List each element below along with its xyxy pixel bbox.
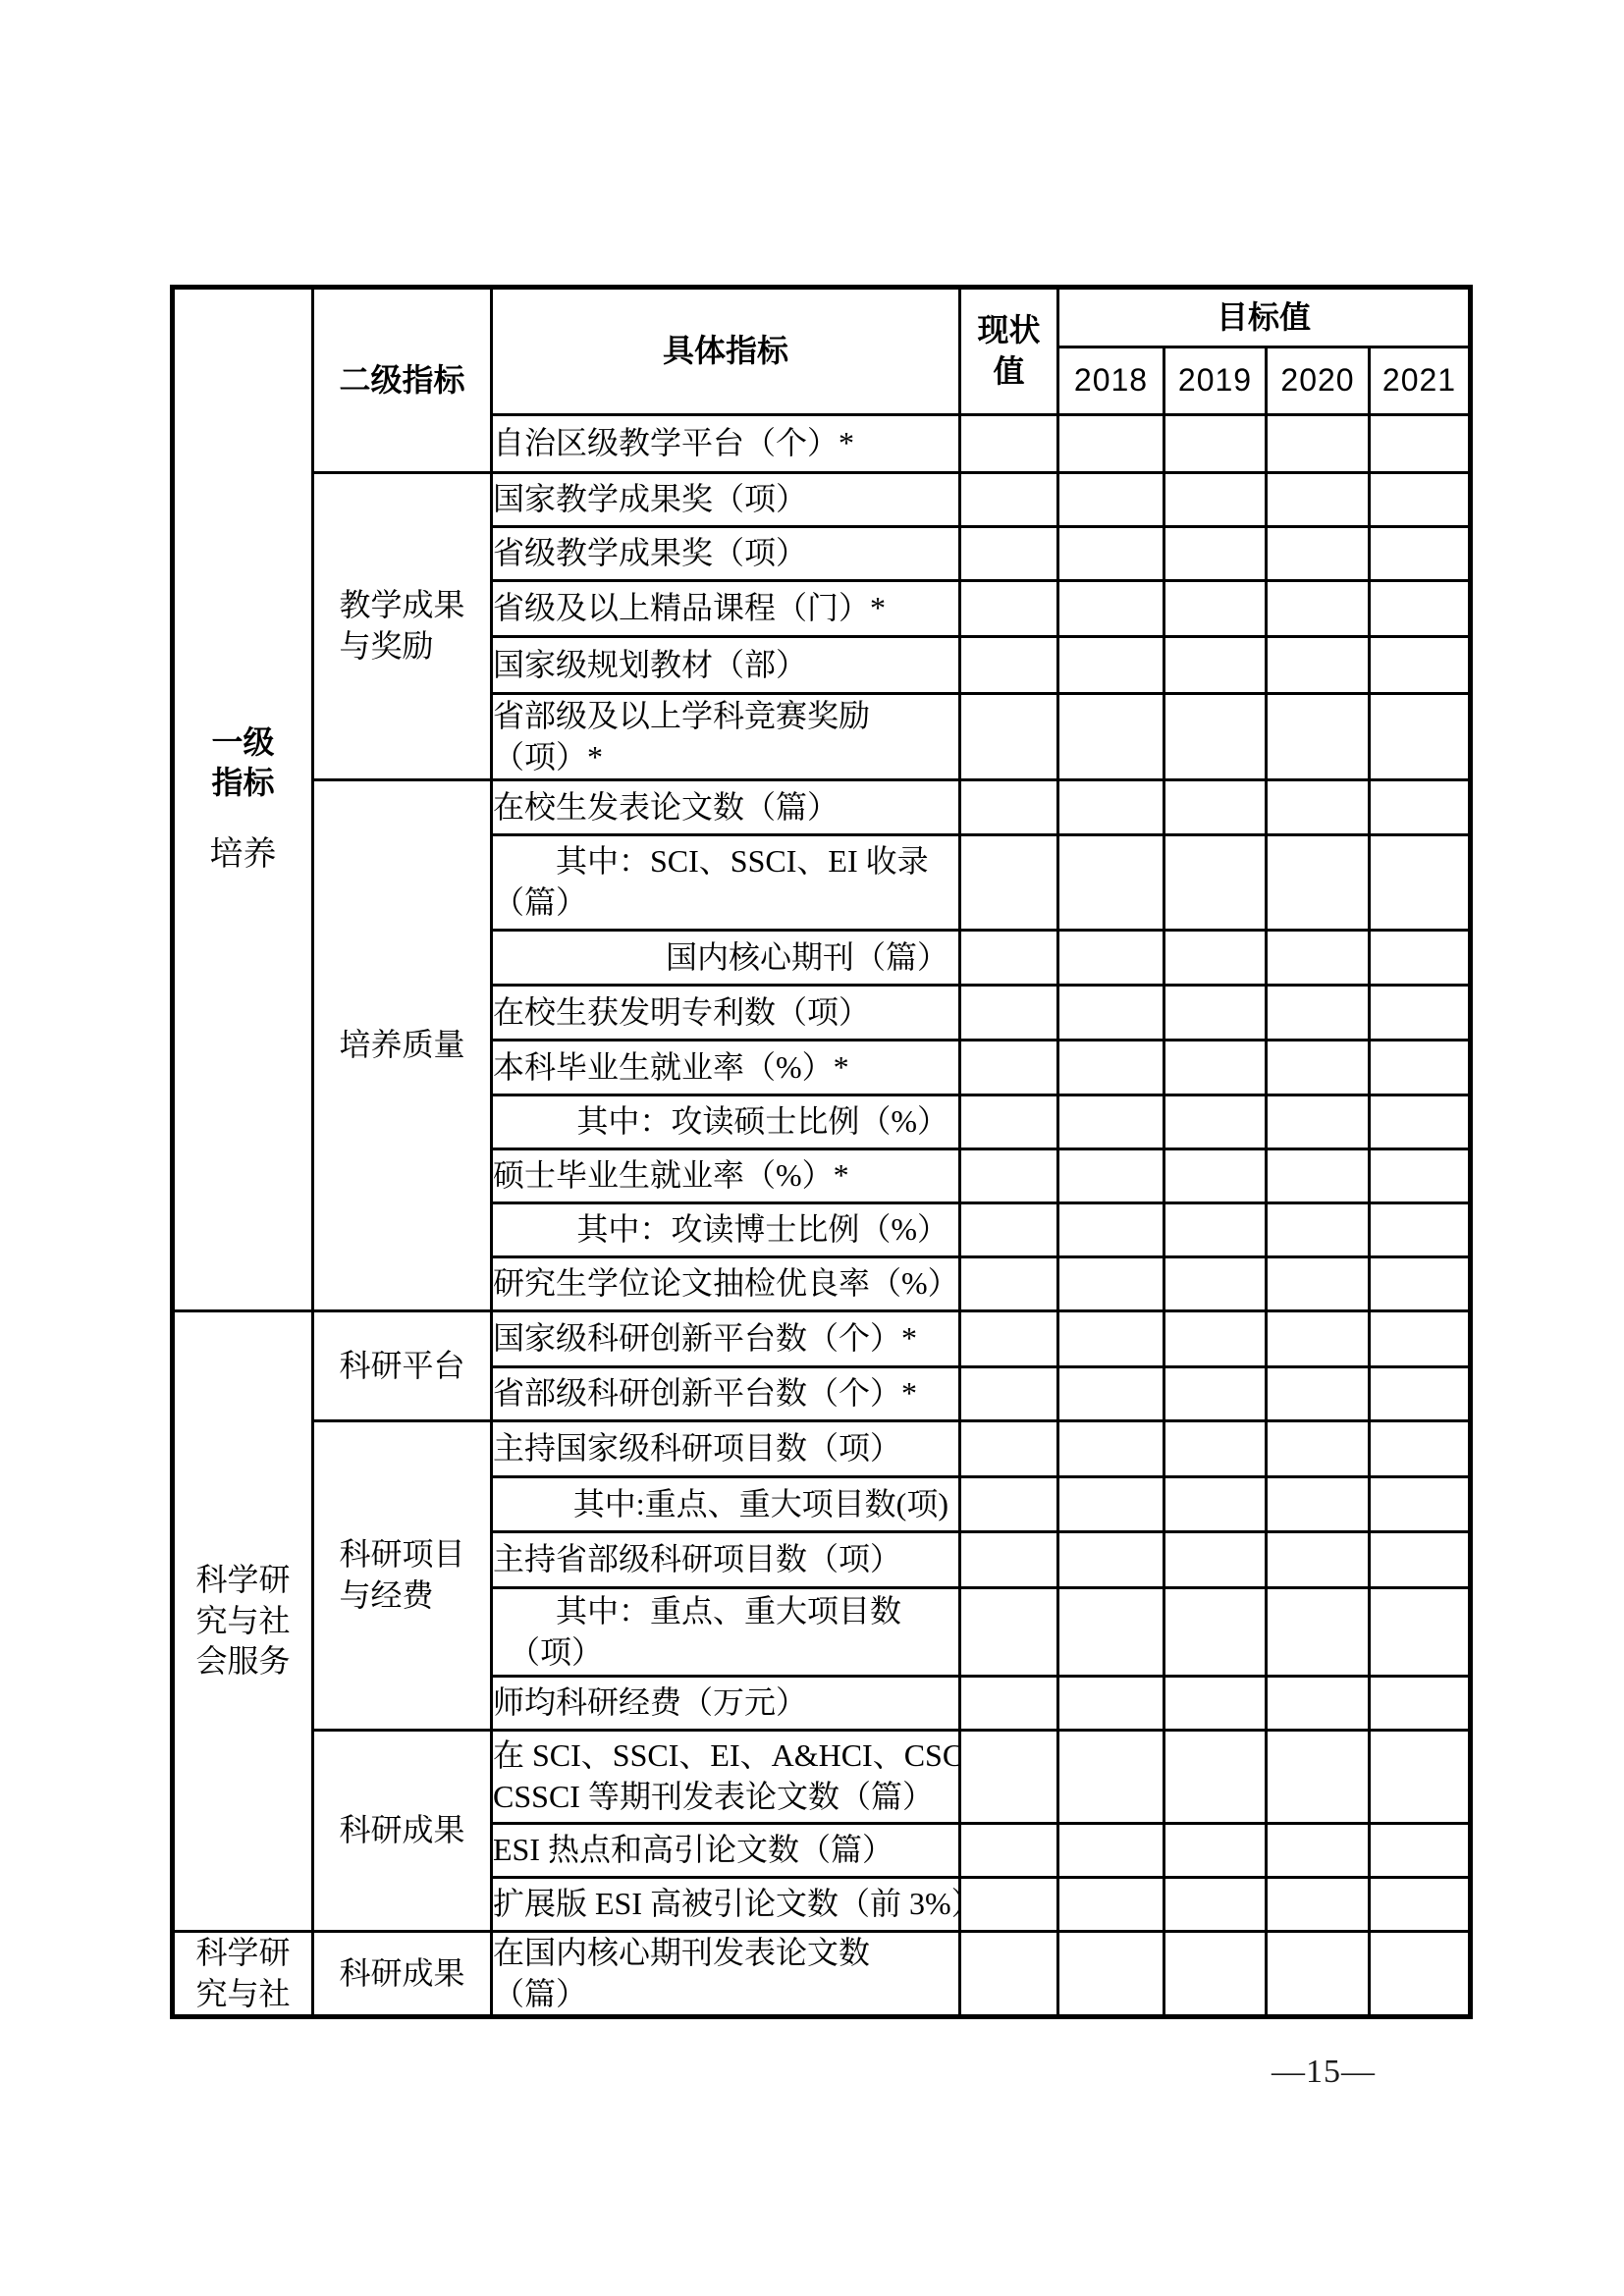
current-value-cell	[960, 1311, 1058, 1367]
current-value-cell	[960, 1041, 1058, 1095]
target-value-cell	[1370, 415, 1471, 473]
indicator-cell-line: 主持国家级科研项目数（项）	[493, 1428, 958, 1469]
target-value-cell	[1058, 1477, 1164, 1532]
target-value-cell	[1267, 637, 1370, 694]
level1-group-text: 科学研究与社会服务	[195, 1560, 290, 1682]
indicator-cell-line: 国内核心期刊（篇）	[493, 937, 948, 979]
target-value-cell	[1164, 1041, 1267, 1095]
specific-header-cell-line: 具体指标	[493, 331, 958, 372]
target-value-cell	[1058, 1203, 1164, 1257]
target-value-cell	[1267, 694, 1370, 780]
level2-header-cell-line: 二级指标	[314, 360, 490, 401]
indicator-cell-line: （篇）	[493, 882, 958, 924]
year-header-2021: 2021	[1370, 347, 1471, 415]
target-value-cell	[1058, 835, 1164, 931]
indicator-cell-line: CSSCI 等期刊发表论文数（篇）	[493, 1777, 958, 1818]
indicator-cell: 省部级科研创新平台数（个）*	[492, 1367, 960, 1421]
indicator-cell-line: 省部级科研创新平台数（个）*	[493, 1373, 958, 1415]
target-value-cell	[1267, 473, 1370, 527]
indicator-cell: 其中：攻读博士比例（%）	[492, 1203, 960, 1257]
target-value-cell	[1058, 1932, 1164, 2017]
year-header-2020: 2020	[1267, 347, 1370, 415]
target-value-cell	[1370, 694, 1471, 780]
target-value-cell	[1267, 1824, 1370, 1878]
target-value-cell	[1267, 931, 1370, 986]
target-value-cell	[1370, 637, 1471, 694]
indicator-cell: ESI 热点和高引论文数（篇）	[492, 1824, 960, 1878]
target-value-cell	[1267, 1878, 1370, 1932]
target-value-cell	[1058, 637, 1164, 694]
indicator-cell: 主持国家级科研项目数（项）	[492, 1421, 960, 1477]
target-value-cell	[1370, 835, 1471, 931]
current-value-cell	[960, 473, 1058, 527]
target-value-cell	[1370, 1932, 1471, 2017]
level2-group-line: 科研平台	[339, 1346, 464, 1387]
indicator-cell: 在 SCI、SSCI、EI、A&HCI、CSCD、CSSCI 等期刊发表论文数（…	[492, 1731, 960, 1824]
target-value-cell	[1164, 931, 1267, 986]
target-value-cell	[1370, 581, 1471, 637]
target-value-header-cell-line: 目标值	[1059, 297, 1468, 339]
level2-group-line: 培养质量	[339, 1025, 464, 1066]
level1-group-text: 科学研究与社	[195, 1933, 290, 2014]
indicator-cell-line: （项）*	[493, 737, 958, 778]
indicator-cell-line: 省级及以上精品课程（门）*	[493, 588, 958, 629]
target-value-cell	[1267, 986, 1370, 1041]
target-value-cell	[1267, 1095, 1370, 1149]
target-value-cell	[1267, 1477, 1370, 1532]
current-value-cell	[960, 694, 1058, 780]
target-value-cell	[1267, 1588, 1370, 1677]
target-value-cell	[1267, 1311, 1370, 1367]
level2-group-text: 科研成果	[339, 1953, 464, 1995]
current-value-cell	[960, 1477, 1058, 1532]
level2-header-cell: 二级指标	[313, 288, 492, 473]
target-value-cell	[1267, 1367, 1370, 1421]
current-value-cell	[960, 1257, 1058, 1311]
target-value-cell	[1164, 473, 1267, 527]
year-header-2018: 2018	[1058, 347, 1164, 415]
level2-group-cell: 科研成果	[313, 1932, 492, 2017]
page-number: —15—	[1272, 2054, 1448, 2091]
indicator-cell: 在校生发表论文数（篇）	[492, 780, 960, 835]
indicator-cell: 自治区级教学平台（个）*	[492, 415, 960, 473]
indicator-cell: 师均科研经费（万元）	[492, 1677, 960, 1731]
target-value-cell	[1370, 473, 1471, 527]
target-value-cell	[1164, 780, 1267, 835]
target-value-cell	[1058, 1878, 1164, 1932]
target-value-cell	[1058, 1041, 1164, 1095]
target-value-cell	[1164, 1588, 1267, 1677]
indicator-cell-line: 省级教学成果奖（项）	[493, 533, 958, 574]
level2-group-line: 教学成果	[339, 585, 464, 626]
specific-header-cell: 具体指标	[492, 288, 960, 415]
target-value-cell	[1267, 527, 1370, 581]
target-value-cell	[1058, 986, 1164, 1041]
level2-group-cell: 科研项目与经费	[313, 1421, 492, 1731]
level2-group-cell: 培养质量	[313, 780, 492, 1311]
target-value-cell	[1164, 986, 1267, 1041]
indicator-cell-line: 省部级及以上学科竞赛奖励	[493, 696, 958, 737]
target-value-cell	[1267, 835, 1370, 931]
target-value-cell	[1164, 694, 1267, 780]
target-value-cell	[1164, 1677, 1267, 1731]
level2-group-line: 与经费	[339, 1575, 464, 1617]
level1-header-cell-line: 指标	[175, 763, 311, 804]
target-value-cell	[1058, 1367, 1164, 1421]
target-value-cell	[1370, 1824, 1471, 1878]
indicator-cell: 研究生学位论文抽检优良率（%）	[492, 1257, 960, 1311]
target-value-cell	[1370, 1041, 1471, 1095]
target-value-cell	[1058, 780, 1164, 835]
target-value-cell	[1058, 1588, 1164, 1677]
target-value-cell	[1058, 1095, 1164, 1149]
level2-group-text: 科研项目与经费	[339, 1534, 464, 1616]
indicators-table: 一级指标培养二级指标具体指标现状值目标值2018201920202021自治区级…	[170, 285, 1473, 2019]
indicator-cell: 国家教学成果奖（项）	[492, 473, 960, 527]
target-value-cell	[1164, 415, 1267, 473]
indicator-cell: 扩展版 ESI 高被引论文数（前 3%）	[492, 1878, 960, 1932]
target-value-cell	[1164, 1477, 1267, 1532]
target-value-cell	[1164, 1095, 1267, 1149]
indicator-cell: 主持省部级科研项目数（项）	[492, 1532, 960, 1588]
current-value-header-cell-line: 值	[961, 351, 1056, 393]
indicator-cell-line: 在 SCI、SSCI、EI、A&HCI、CSCD、	[493, 1735, 958, 1777]
target-value-cell	[1164, 581, 1267, 637]
current-value-cell	[960, 1203, 1058, 1257]
target-value-cell	[1370, 1532, 1471, 1588]
target-value-cell	[1058, 1149, 1164, 1203]
current-value-cell	[960, 1149, 1058, 1203]
indicator-cell-line: 硕士毕业生就业率（%）*	[493, 1155, 958, 1197]
target-value-cell	[1058, 1421, 1164, 1477]
indicator-cell-line: 国家级规划教材（部）	[493, 645, 958, 686]
current-value-cell	[960, 986, 1058, 1041]
indicator-cell: 省部级及以上学科竞赛奖励（项）*	[492, 694, 960, 780]
target-value-cell	[1164, 1824, 1267, 1878]
indicator-cell-line: 其中:重点、重大项目数(项)	[493, 1484, 948, 1525]
target-value-cell	[1164, 637, 1267, 694]
target-value-cell	[1267, 581, 1370, 637]
target-value-cell	[1058, 1532, 1164, 1588]
current-value-cell	[960, 637, 1058, 694]
target-value-cell	[1164, 1257, 1267, 1311]
level2-group-text: 科研成果	[339, 1810, 464, 1851]
target-value-cell	[1058, 1311, 1164, 1367]
target-value-cell	[1164, 1311, 1267, 1367]
target-value-cell	[1370, 986, 1471, 1041]
target-value-cell	[1058, 1257, 1164, 1311]
current-value-cell	[960, 931, 1058, 986]
current-value-cell	[960, 1421, 1058, 1477]
target-value-cell	[1058, 694, 1164, 780]
target-value-cell	[1370, 1677, 1471, 1731]
target-value-cell	[1164, 1421, 1267, 1477]
target-value-cell	[1164, 1878, 1267, 1932]
current-value-cell	[960, 1824, 1058, 1878]
indicator-cell: 国家级规划教材（部）	[492, 637, 960, 694]
indicator-cell-line: 其中：攻读硕士比例（%）	[493, 1101, 948, 1143]
indicator-cell: 其中：SCI、SSCI、EI 收录（篇）	[492, 835, 960, 931]
current-value-cell	[960, 1731, 1058, 1824]
target-value-cell	[1267, 1421, 1370, 1477]
indicator-cell-line: 扩展版 ESI 高被引论文数（前 3%）	[493, 1884, 958, 1925]
document-page: 一级指标培养二级指标具体指标现状值目标值2018201920202021自治区级…	[0, 0, 1624, 2296]
level2-group-cell: 教学成果与奖励	[313, 473, 492, 780]
level2-group-line: 与奖励	[339, 626, 464, 667]
indicator-cell: 在国内核心期刊发表论文数 （篇）	[492, 1932, 960, 2017]
target-value-cell	[1058, 527, 1164, 581]
level1-group-line: 科学研	[195, 1933, 290, 1974]
target-value-cell	[1164, 527, 1267, 581]
level1-header-cell-line: 一级	[175, 722, 311, 764]
current-value-header-cell: 现状值	[960, 288, 1058, 415]
target-value-cell	[1164, 1203, 1267, 1257]
indicator-cell: 其中：攻读硕士比例（%）	[492, 1095, 960, 1149]
indicator-cell: 本科毕业生就业率（%）*	[492, 1041, 960, 1095]
indicator-cell-line: 自治区级教学平台（个）*	[493, 423, 958, 464]
target-value-cell	[1370, 1203, 1471, 1257]
indicator-cell: 国家级科研创新平台数（个）*	[492, 1311, 960, 1367]
target-value-cell	[1267, 1203, 1370, 1257]
level1-group-cell: 科学研究与社会服务	[173, 1311, 313, 1932]
current-value-cell	[960, 780, 1058, 835]
target-value-cell	[1370, 1257, 1471, 1311]
target-value-cell	[1164, 1932, 1267, 2017]
indicator-cell: 省级教学成果奖（项）	[492, 527, 960, 581]
current-value-cell	[960, 1588, 1058, 1677]
target-value-cell	[1267, 1731, 1370, 1824]
current-value-cell	[960, 527, 1058, 581]
current-value-header-cell-line: 现状	[961, 310, 1056, 351]
target-value-cell	[1164, 1731, 1267, 1824]
target-value-cell	[1058, 581, 1164, 637]
indicator-cell-line: （篇）	[493, 1974, 958, 2015]
target-value-cell	[1370, 931, 1471, 986]
level1-header-cell: 一级指标培养	[173, 288, 313, 1311]
indicator-cell-line: 其中：攻读博士比例（%）	[493, 1209, 948, 1251]
target-value-cell	[1370, 1477, 1471, 1532]
indicator-cell-line: 师均科研经费（万元）	[493, 1682, 958, 1724]
target-value-cell	[1370, 1588, 1471, 1677]
indicator-cell: 省级及以上精品课程（门）*	[492, 581, 960, 637]
current-value-cell	[960, 1878, 1058, 1932]
target-value-cell	[1267, 1257, 1370, 1311]
current-value-cell	[960, 1932, 1058, 2017]
target-value-cell	[1164, 1532, 1267, 1588]
indicator-cell-line: 其中：SCI、SSCI、EI 收录	[493, 841, 958, 882]
level2-group-line: 科研项目	[339, 1534, 464, 1575]
level2-group-cell: 科研成果	[313, 1731, 492, 1932]
indicator-cell-line: 研究生学位论文抽检优良率（%）	[493, 1263, 958, 1305]
current-value-cell	[960, 581, 1058, 637]
target-value-cell	[1267, 1041, 1370, 1095]
target-value-cell	[1058, 1731, 1164, 1824]
indicator-cell-line: 在国内核心期刊发表论文数	[493, 1933, 958, 1974]
target-value-cell	[1267, 1149, 1370, 1203]
indicator-cell-line: 其中：重点、重大项目数	[493, 1591, 958, 1632]
level1-group-line: 会服务	[195, 1641, 290, 1682]
target-value-cell	[1058, 415, 1164, 473]
target-value-cell	[1370, 1311, 1471, 1367]
current-value-cell	[960, 1677, 1058, 1731]
indicator-cell-line: 主持省部级科研项目数（项）	[493, 1539, 958, 1580]
indicator-cell: 国内核心期刊（篇）	[492, 931, 960, 986]
current-value-cell	[960, 835, 1058, 931]
target-value-cell	[1370, 527, 1471, 581]
target-value-cell	[1267, 780, 1370, 835]
indicator-cell: 硕士毕业生就业率（%）*	[492, 1149, 960, 1203]
target-value-cell	[1267, 1932, 1370, 2017]
target-value-cell	[1370, 1095, 1471, 1149]
indicator-cell: 其中:重点、重大项目数(项)	[492, 1477, 960, 1532]
level1-group-line: 究与社	[195, 1974, 290, 2015]
target-value-cell	[1164, 1367, 1267, 1421]
target-value-cell	[1058, 1824, 1164, 1878]
current-value-cell	[960, 415, 1058, 473]
level1-group-line: 科学研	[195, 1560, 290, 1601]
target-value-header-cell: 目标值	[1058, 288, 1471, 347]
target-value-cell	[1058, 931, 1164, 986]
current-value-cell	[960, 1532, 1058, 1588]
target-value-cell	[1370, 1878, 1471, 1932]
indicator-cell-line: 在校生获发明专利数（项）	[493, 992, 958, 1034]
target-value-cell	[1267, 1532, 1370, 1588]
level1-group-cell: 科学研究与社	[173, 1932, 313, 2017]
indicator-cell-line: （项）	[493, 1632, 958, 1674]
indicator-cell-line: 本科毕业生就业率（%）*	[493, 1047, 958, 1089]
current-value-cell	[960, 1095, 1058, 1149]
year-header-2019: 2019	[1164, 347, 1267, 415]
indicator-cell-line: ESI 热点和高引论文数（篇）	[493, 1830, 958, 1871]
target-value-cell	[1370, 1421, 1471, 1477]
target-value-cell	[1370, 1367, 1471, 1421]
indicator-cell-line: 国家级科研创新平台数（个）*	[493, 1318, 958, 1360]
level2-group-line: 科研成果	[339, 1810, 464, 1851]
indicator-cell: 其中：重点、重大项目数 （项）	[492, 1588, 960, 1677]
target-value-cell	[1058, 1677, 1164, 1731]
indicator-cell-line: 在校生发表论文数（篇）	[493, 787, 958, 828]
target-value-cell	[1370, 1149, 1471, 1203]
target-value-cell	[1058, 473, 1164, 527]
level2-group-text: 教学成果与奖励	[339, 585, 464, 667]
level2-group-text: 科研平台	[339, 1346, 464, 1387]
level2-group-cell: 科研平台	[313, 1311, 492, 1421]
target-value-cell	[1267, 415, 1370, 473]
level2-group-line: 科研成果	[339, 1953, 464, 1995]
target-value-cell	[1370, 780, 1471, 835]
current-value-cell	[960, 1367, 1058, 1421]
level1-group-label: 培养	[175, 833, 311, 877]
indicator-cell-line: 国家教学成果奖（项）	[493, 479, 958, 520]
level1-group-line: 究与社	[195, 1601, 290, 1642]
level2-group-text: 培养质量	[339, 1025, 464, 1066]
target-value-cell	[1164, 835, 1267, 931]
target-value-cell	[1267, 1677, 1370, 1731]
target-value-cell	[1370, 1731, 1471, 1824]
target-value-cell	[1164, 1149, 1267, 1203]
indicator-cell: 在校生获发明专利数（项）	[492, 986, 960, 1041]
